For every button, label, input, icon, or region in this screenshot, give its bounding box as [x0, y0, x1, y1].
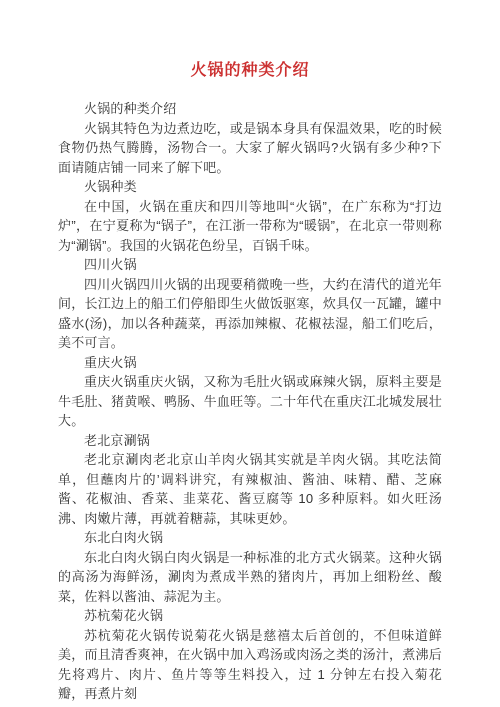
paragraph-sichuan: 四川火锅四川火锅的出现要稍微晚一些，大约在清代的道光年间，长江边上的船工们停船即… [58, 275, 442, 353]
paragraph-dongbei: 东北白肉火锅白肉火锅是一种标准的北方式火锅菜。这种火锅的高汤为海鲜汤，涮肉为煮成… [58, 548, 442, 607]
document-title: 火锅的种类介绍 [58, 60, 442, 82]
section-heading-dongbei: 东北白肉火锅 [58, 528, 442, 548]
section-heading-chongqing: 重庆火锅 [58, 353, 442, 373]
paragraph-types: 在中国，火锅在重庆和四川等地叫“火锅”，在广东称为“打边炉”，在宁夏称为“锅子”… [58, 197, 442, 256]
section-heading-suhang: 苏杭菊花火锅 [58, 606, 442, 626]
paragraph-intro: 火锅其特色为边煮边吃，或是锅本身具有保温效果，吃的时候食物仍热气腾腾，汤物合一。… [58, 119, 442, 178]
document-page: 火锅的种类介绍 火锅的种类介绍 火锅其特色为边煮边吃，或是锅本身具有保温效果，吃… [0, 0, 500, 707]
section-heading-sichuan: 四川火锅 [58, 255, 442, 275]
paragraph-beijing: 老北京涮肉老北京山羊肉火锅其实就是羊肉火锅。其吃法简单，但蘸肉片的’调料讲究，有… [58, 450, 442, 528]
paragraph-chongqing: 重庆火锅重庆火锅，又称为毛肚火锅或麻辣火锅，原料主要是牛毛肚、猪黄喉、鸭肠、牛血… [58, 372, 442, 431]
paragraph-title-repeat: 火锅的种类介绍 [58, 99, 442, 119]
section-heading-types: 火锅种类 [58, 177, 442, 197]
paragraph-suhang: 苏杭菊花火锅传说菊花火锅是慈禧太后首创的，不但味道鲜美，而且清香爽神，在火锅中加… [58, 626, 442, 704]
document-body: 火锅的种类介绍 火锅其特色为边煮边吃，或是锅本身具有保温效果，吃的时候食物仍热气… [58, 99, 442, 704]
section-heading-beijing: 老北京涮锅 [58, 431, 442, 451]
